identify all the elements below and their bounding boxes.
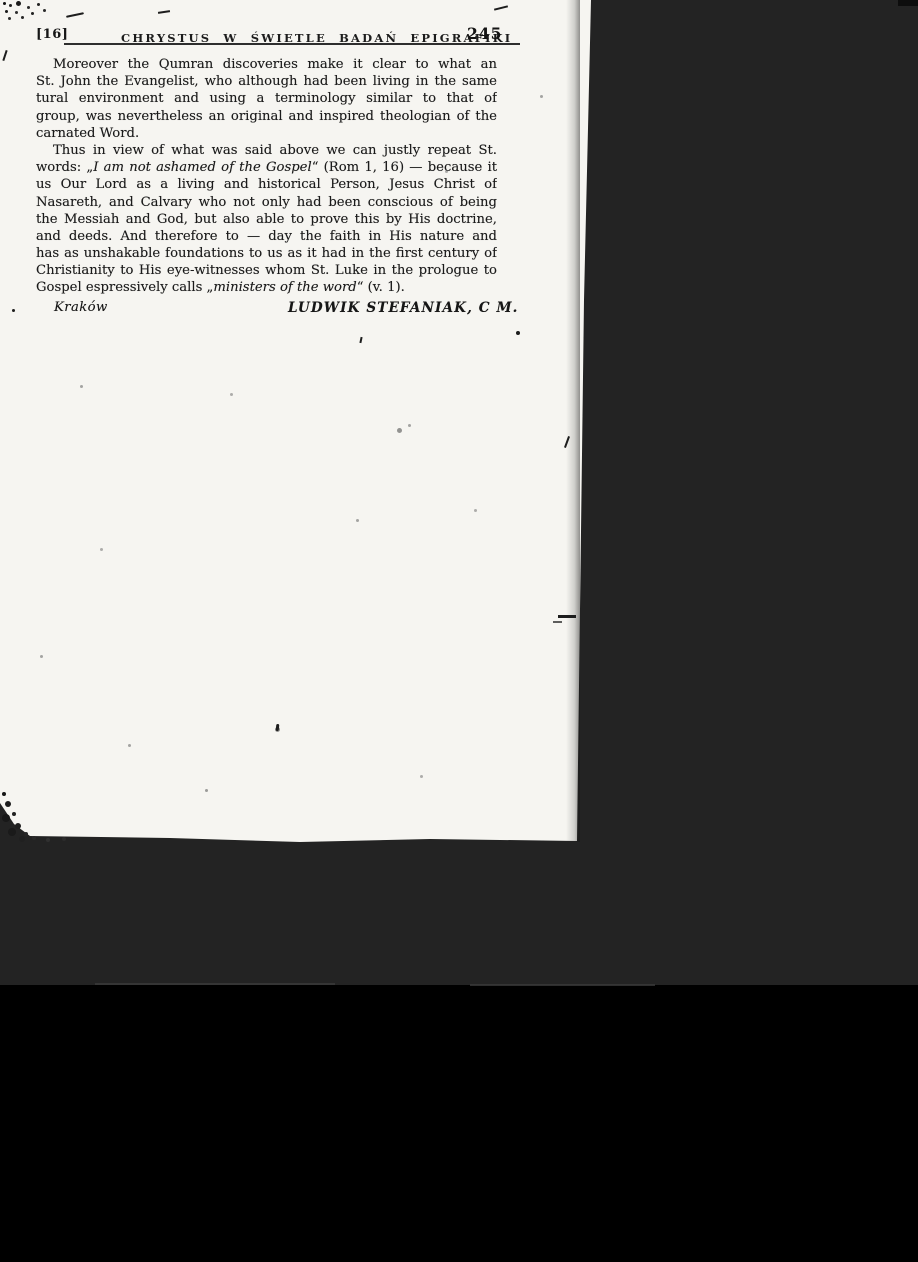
- text-line: St. John the Evangelist, who although ha…: [36, 73, 497, 90]
- body-text-segment: words: „: [36, 160, 93, 175]
- body-text-segment: Moreover the Qumran discoveries make it …: [36, 57, 497, 73]
- body-text-segment: tural environment and using a terminolog…: [36, 91, 497, 107]
- body-text-segment: and deeds. And therefore to — day the fa…: [36, 229, 497, 245]
- text-line: Gospel espressively calls „ministers of …: [36, 279, 497, 296]
- quoted-italic-text: I am not ashamed of the Gospel: [93, 160, 311, 175]
- paragraph: Moreover the Qumran discoveries make it …: [36, 56, 497, 142]
- body-text-segment: carnated Word.: [36, 126, 139, 141]
- scan-artifact: [898, 0, 918, 6]
- body-text-segment: St. John the Evangelist, who although ha…: [36, 74, 497, 90]
- text-line: Nasareth, and Calvary who not only had b…: [36, 194, 497, 211]
- text-line: carnated Word.: [36, 125, 497, 142]
- paragraph: Thus in view of what was said above we c…: [36, 142, 497, 297]
- text-line: us Our Lord as a living and historical P…: [36, 176, 497, 193]
- scan-bottom-black-band: [0, 985, 918, 1262]
- text-line: has as unshakable foundations to us as i…: [36, 245, 497, 262]
- body-text-segment: us Our Lord as a living and historical P…: [36, 177, 497, 193]
- body-text-segment: has as unshakable foundations to us as i…: [36, 246, 497, 261]
- signature-row: Kraków LUDWIK STEFANIAK, C M.: [36, 300, 497, 320]
- body-text-segment: Christianity to His eye-witnesses whom S…: [36, 263, 497, 279]
- body-text-segment: Thus in view of what was said above we c…: [36, 143, 497, 159]
- body-text-segment: the Messiah and God, but also able to pr…: [36, 212, 497, 228]
- scan-artifact: [3, 2, 6, 5]
- text-line: words: „I am not ashamed of the Gospel“ …: [36, 159, 497, 176]
- text-line: group, was nevertheless an original and …: [36, 108, 497, 125]
- signature-place: Kraków: [54, 300, 108, 315]
- body-text-segment: “ (v. 1).: [357, 280, 405, 295]
- header-rule: [64, 43, 520, 45]
- text-line: Thus in view of what was said above we c…: [36, 142, 497, 159]
- body-text-segment: Gospel espressively calls „: [36, 280, 213, 295]
- text-line: the Messiah and God, but also able to pr…: [36, 211, 497, 228]
- body-text-segment: group, was nevertheless an original and …: [36, 109, 497, 125]
- scan-artifact: [80, 385, 83, 388]
- scan-artifact: [516, 331, 520, 335]
- folio-number: [16]: [36, 27, 68, 42]
- quoted-italic-text: ministers of the word: [213, 280, 356, 295]
- scanned-page-view: [16] CHRYSTUS W ŚWIETLE BADAŃ EPIGRAFIKI…: [0, 0, 918, 1262]
- body-text-segment: Nasareth, and Calvary who not only had b…: [36, 195, 497, 211]
- scan-artifact: [553, 621, 562, 623]
- scan-artifact: [558, 615, 576, 618]
- scan-artifact: [2, 792, 6, 796]
- scan-artifact: [470, 984, 655, 986]
- signature-author: LUDWIK STEFANIAK, C M.: [288, 300, 518, 316]
- scan-artifact: [12, 309, 15, 312]
- page-number: 245: [467, 24, 502, 43]
- body-text: Moreover the Qumran discoveries make it …: [36, 56, 497, 297]
- text-line: Christianity to His eye-witnesses whom S…: [36, 262, 497, 279]
- text-line: tural environment and using a terminolog…: [36, 90, 497, 107]
- text-line: Moreover the Qumran discoveries make it …: [36, 56, 497, 73]
- scan-artifact: [95, 983, 335, 985]
- text-line: and deeds. And therefore to — day the fa…: [36, 228, 497, 245]
- paper-edge-shadow: [566, 0, 580, 842]
